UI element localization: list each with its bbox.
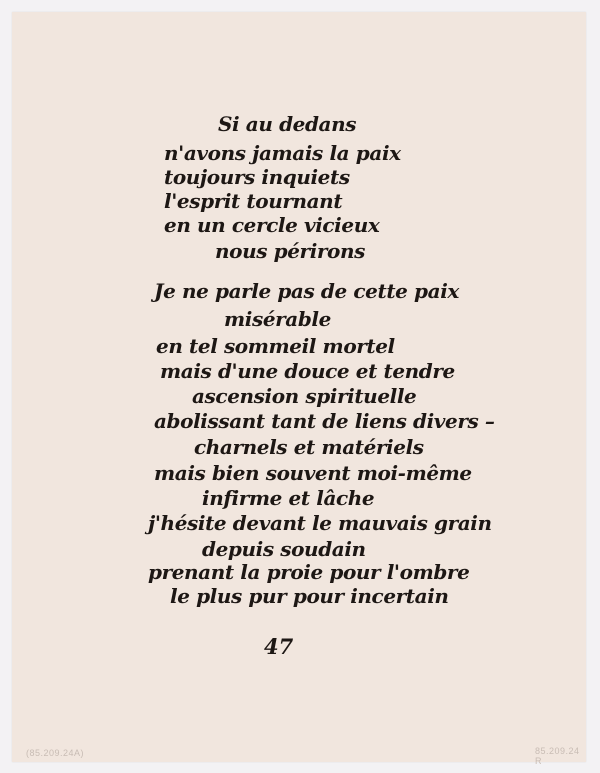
poem-line: Si au dedans [218, 112, 356, 136]
page-number: 47 [264, 634, 293, 659]
inventory-number-left: (85.209.24A) [26, 748, 84, 758]
poem-line: n'avons jamais la paix [164, 141, 401, 165]
poem-line: le plus pur pour incertain [170, 584, 449, 608]
poem-line: toujours inquiets [164, 165, 350, 189]
poem-line: Je ne parle pas de cette paix [154, 279, 459, 303]
poem-line: mais bien souvent moi-même [154, 461, 472, 485]
poem-text: Si au dedans n'avons jamais la paix touj… [12, 12, 586, 762]
poem-line: depuis soudain [202, 537, 366, 561]
poem-line: en un cercle vicieux [164, 213, 379, 237]
poem-line: infirme et lâche [202, 486, 374, 510]
poem-line: abolissant tant de liens divers – [154, 409, 494, 433]
poem-line: ascension spirituelle [192, 384, 416, 408]
poem-line: j'hésite devant le mauvais grain [148, 511, 492, 535]
poem-line: nous périrons [215, 239, 365, 263]
poem-line: prenant la proie pour l'ombre [148, 560, 469, 584]
poem-line: en tel sommeil mortel [156, 334, 395, 358]
poem-line: charnels et matériels [194, 435, 424, 459]
inventory-number-right: 85.209.24 R [535, 746, 586, 766]
poem-line: misérable [224, 307, 331, 331]
poem-line: l'esprit tournant [164, 189, 342, 213]
poem-line: mais d'une douce et tendre [160, 359, 455, 383]
paper-sheet: Si au dedans n'avons jamais la paix touj… [12, 12, 586, 762]
